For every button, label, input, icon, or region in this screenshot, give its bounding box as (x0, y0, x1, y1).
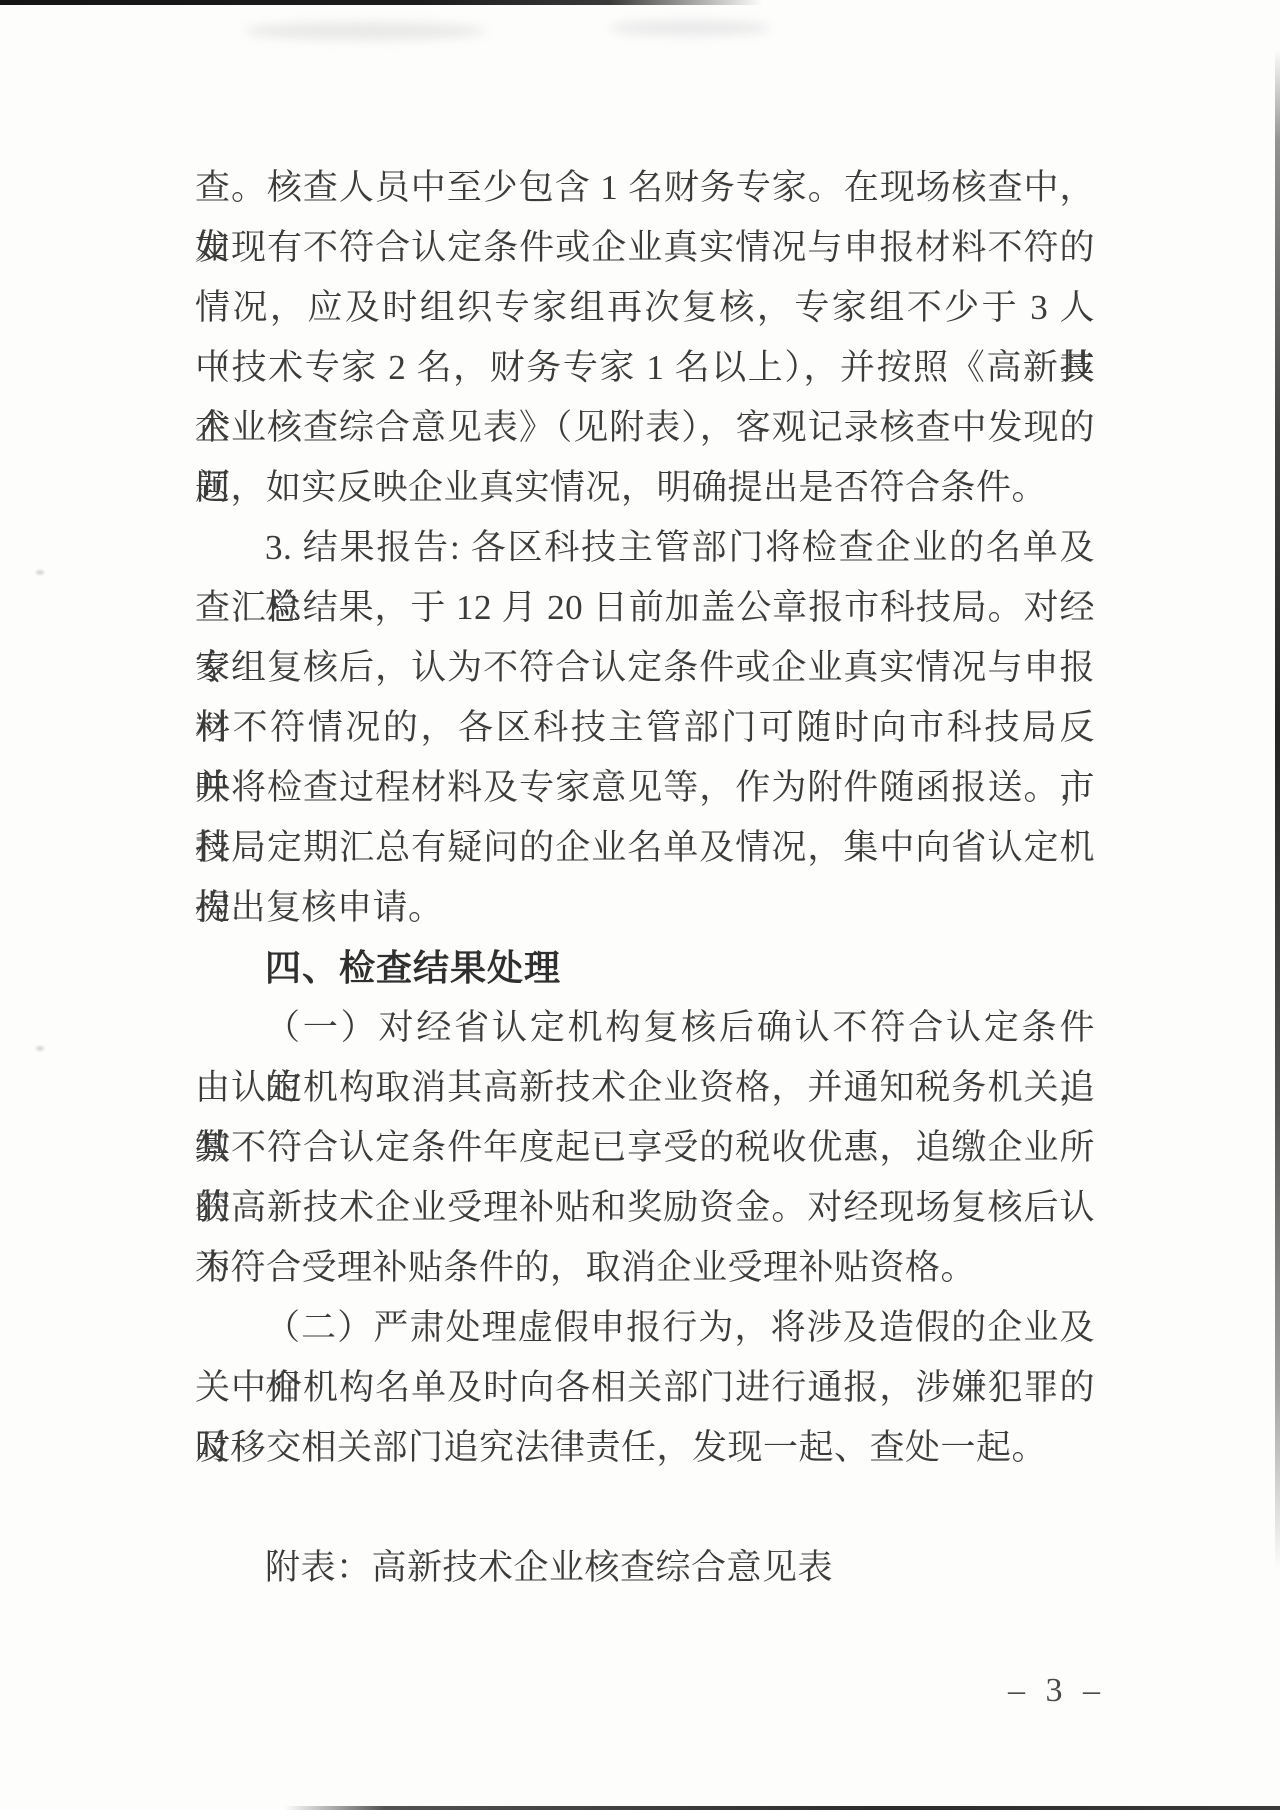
document-page: 查。核查人员中至少包含 1 名财务专家。在现场核查中，如 发现有不符合认定条件或… (0, 0, 1280, 1810)
doc-line: 不符合受理补贴条件的，取消企业受理补贴资格。 (195, 1238, 1095, 1298)
document-body: 查。核查人员中至少包含 1 名财务专家。在现场核查中，如 发现有不符合认定条件或… (195, 158, 1095, 1598)
doc-line: 情况，应及时组织专家组再次复核，专家组不少于 3 人（其 (195, 278, 1095, 338)
doc-line: 题，如实反映企业真实情况，明确提出是否符合条件。 (195, 458, 1095, 518)
doc-line: 发现有不符合认定条件或企业真实情况与申报材料不符的 (195, 218, 1095, 278)
doc-line: 中技术专家 2 名，财务专家 1 名以上），并按照《高新技术 (195, 338, 1095, 398)
doc-line: 3. 结果报告: 各区科技主管部门将检查企业的名单及检 (195, 518, 1095, 578)
doc-line: 查汇总结果，于 12 月 20 日前加盖公章报市科技局。对经专 (195, 578, 1095, 638)
section-heading: 四、检查结果处理 (195, 938, 1095, 998)
doc-line: 并将检查过程材料及专家意见等，作为附件随函报送。市科 (195, 758, 1095, 818)
doc-line: 的高新技术企业受理补贴和奖励资金。对经现场复核后认为 (195, 1178, 1095, 1238)
page-number: – 3 – (1002, 1672, 1112, 1710)
doc-line: 家组复核后，认为不符合认定条件或企业真实情况与申报材 (195, 638, 1095, 698)
scan-artifact-bottom-edge (285, 1806, 1280, 1810)
doc-line: 查。核查人员中至少包含 1 名财务专家。在现场核查中，如 (195, 158, 1095, 218)
attachment-note: 附表：高新技术企业核查综合意见表 (195, 1538, 1095, 1598)
doc-line: 技局定期汇总有疑问的企业名单及情况，集中向省认定机构 (195, 818, 1095, 878)
doc-line: （一）对经省认定机构复核后确认不符合认定条件的， (195, 998, 1095, 1058)
blank-line (195, 1478, 1095, 1538)
doc-line: 提出复核申请。 (195, 878, 1095, 938)
scan-speck (36, 570, 44, 575)
scan-speck (36, 1046, 44, 1051)
doc-line: 其不符合认定条件年度起已享受的税收优惠，追缴企业所获 (195, 1118, 1095, 1178)
scan-smudge (610, 20, 770, 36)
doc-line: 由认定机构取消其高新技术企业资格，并通知税务机关追缴 (195, 1058, 1095, 1118)
doc-line: 时移交相关部门追究法律责任，发现一起、查处一起。 (195, 1418, 1095, 1478)
scan-artifact-right-edge (1275, 50, 1280, 1570)
scan-artifact-top-edge (0, 0, 762, 5)
doc-line: 关中介机构名单及时向各相关部门进行通报，涉嫌犯罪的及 (195, 1358, 1095, 1418)
scan-smudge (245, 22, 485, 40)
doc-line: 企业核查综合意见表》（见附表），客观记录核查中发现的问 (195, 398, 1095, 458)
doc-line: 料不符情况的，各区科技主管部门可随时向市科技局反映， (195, 698, 1095, 758)
doc-line: （二）严肃处理虚假申报行为，将涉及造假的企业及相 (195, 1298, 1095, 1358)
